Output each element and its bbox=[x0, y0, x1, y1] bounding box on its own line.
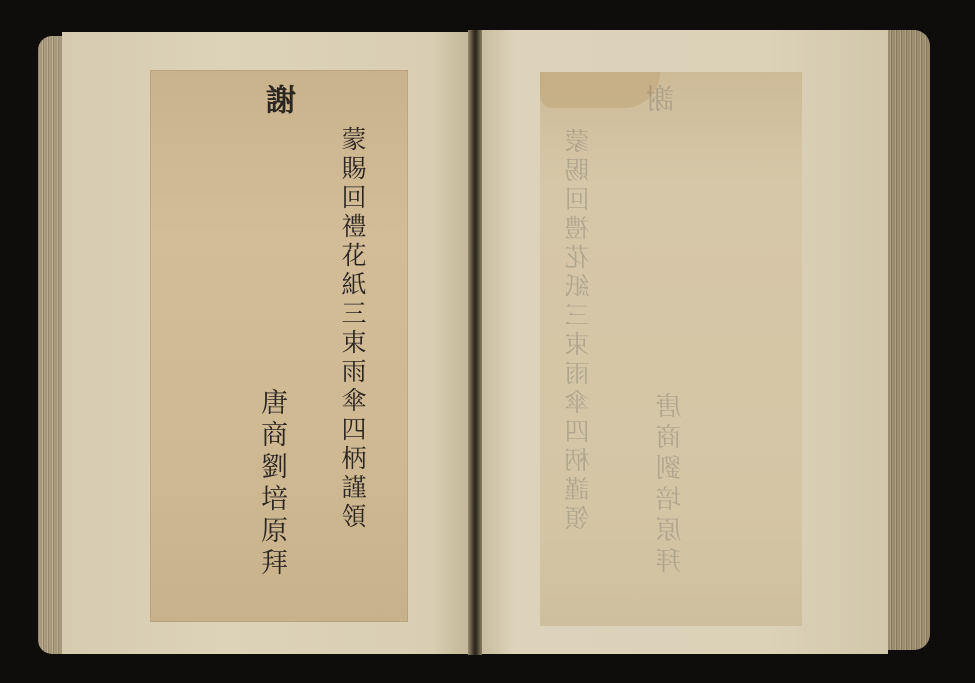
bleed-through-heading: 謝 bbox=[648, 84, 676, 112]
bleed-through-signature: 唐商劉培原拜 bbox=[658, 392, 684, 578]
letter-body-column: 蒙賜回禮花紙三束雨傘四柄謹領 bbox=[340, 126, 365, 532]
right-page-block-edge bbox=[886, 30, 930, 650]
letter-heading: 謝 bbox=[262, 84, 292, 114]
bleed-through-body: 蒙賜回禮花紙三束雨傘四柄謹領 bbox=[566, 128, 591, 534]
open-book: 謝 蒙賜回禮花紙三束雨傘四柄謹領 唐商劉培原拜 謝 蒙賜回禮花紙三束雨傘四柄謹領… bbox=[0, 0, 975, 683]
water-stain bbox=[540, 72, 660, 108]
book-gutter bbox=[468, 30, 482, 655]
letter-signature: 唐商劉培原拜 bbox=[258, 388, 285, 580]
